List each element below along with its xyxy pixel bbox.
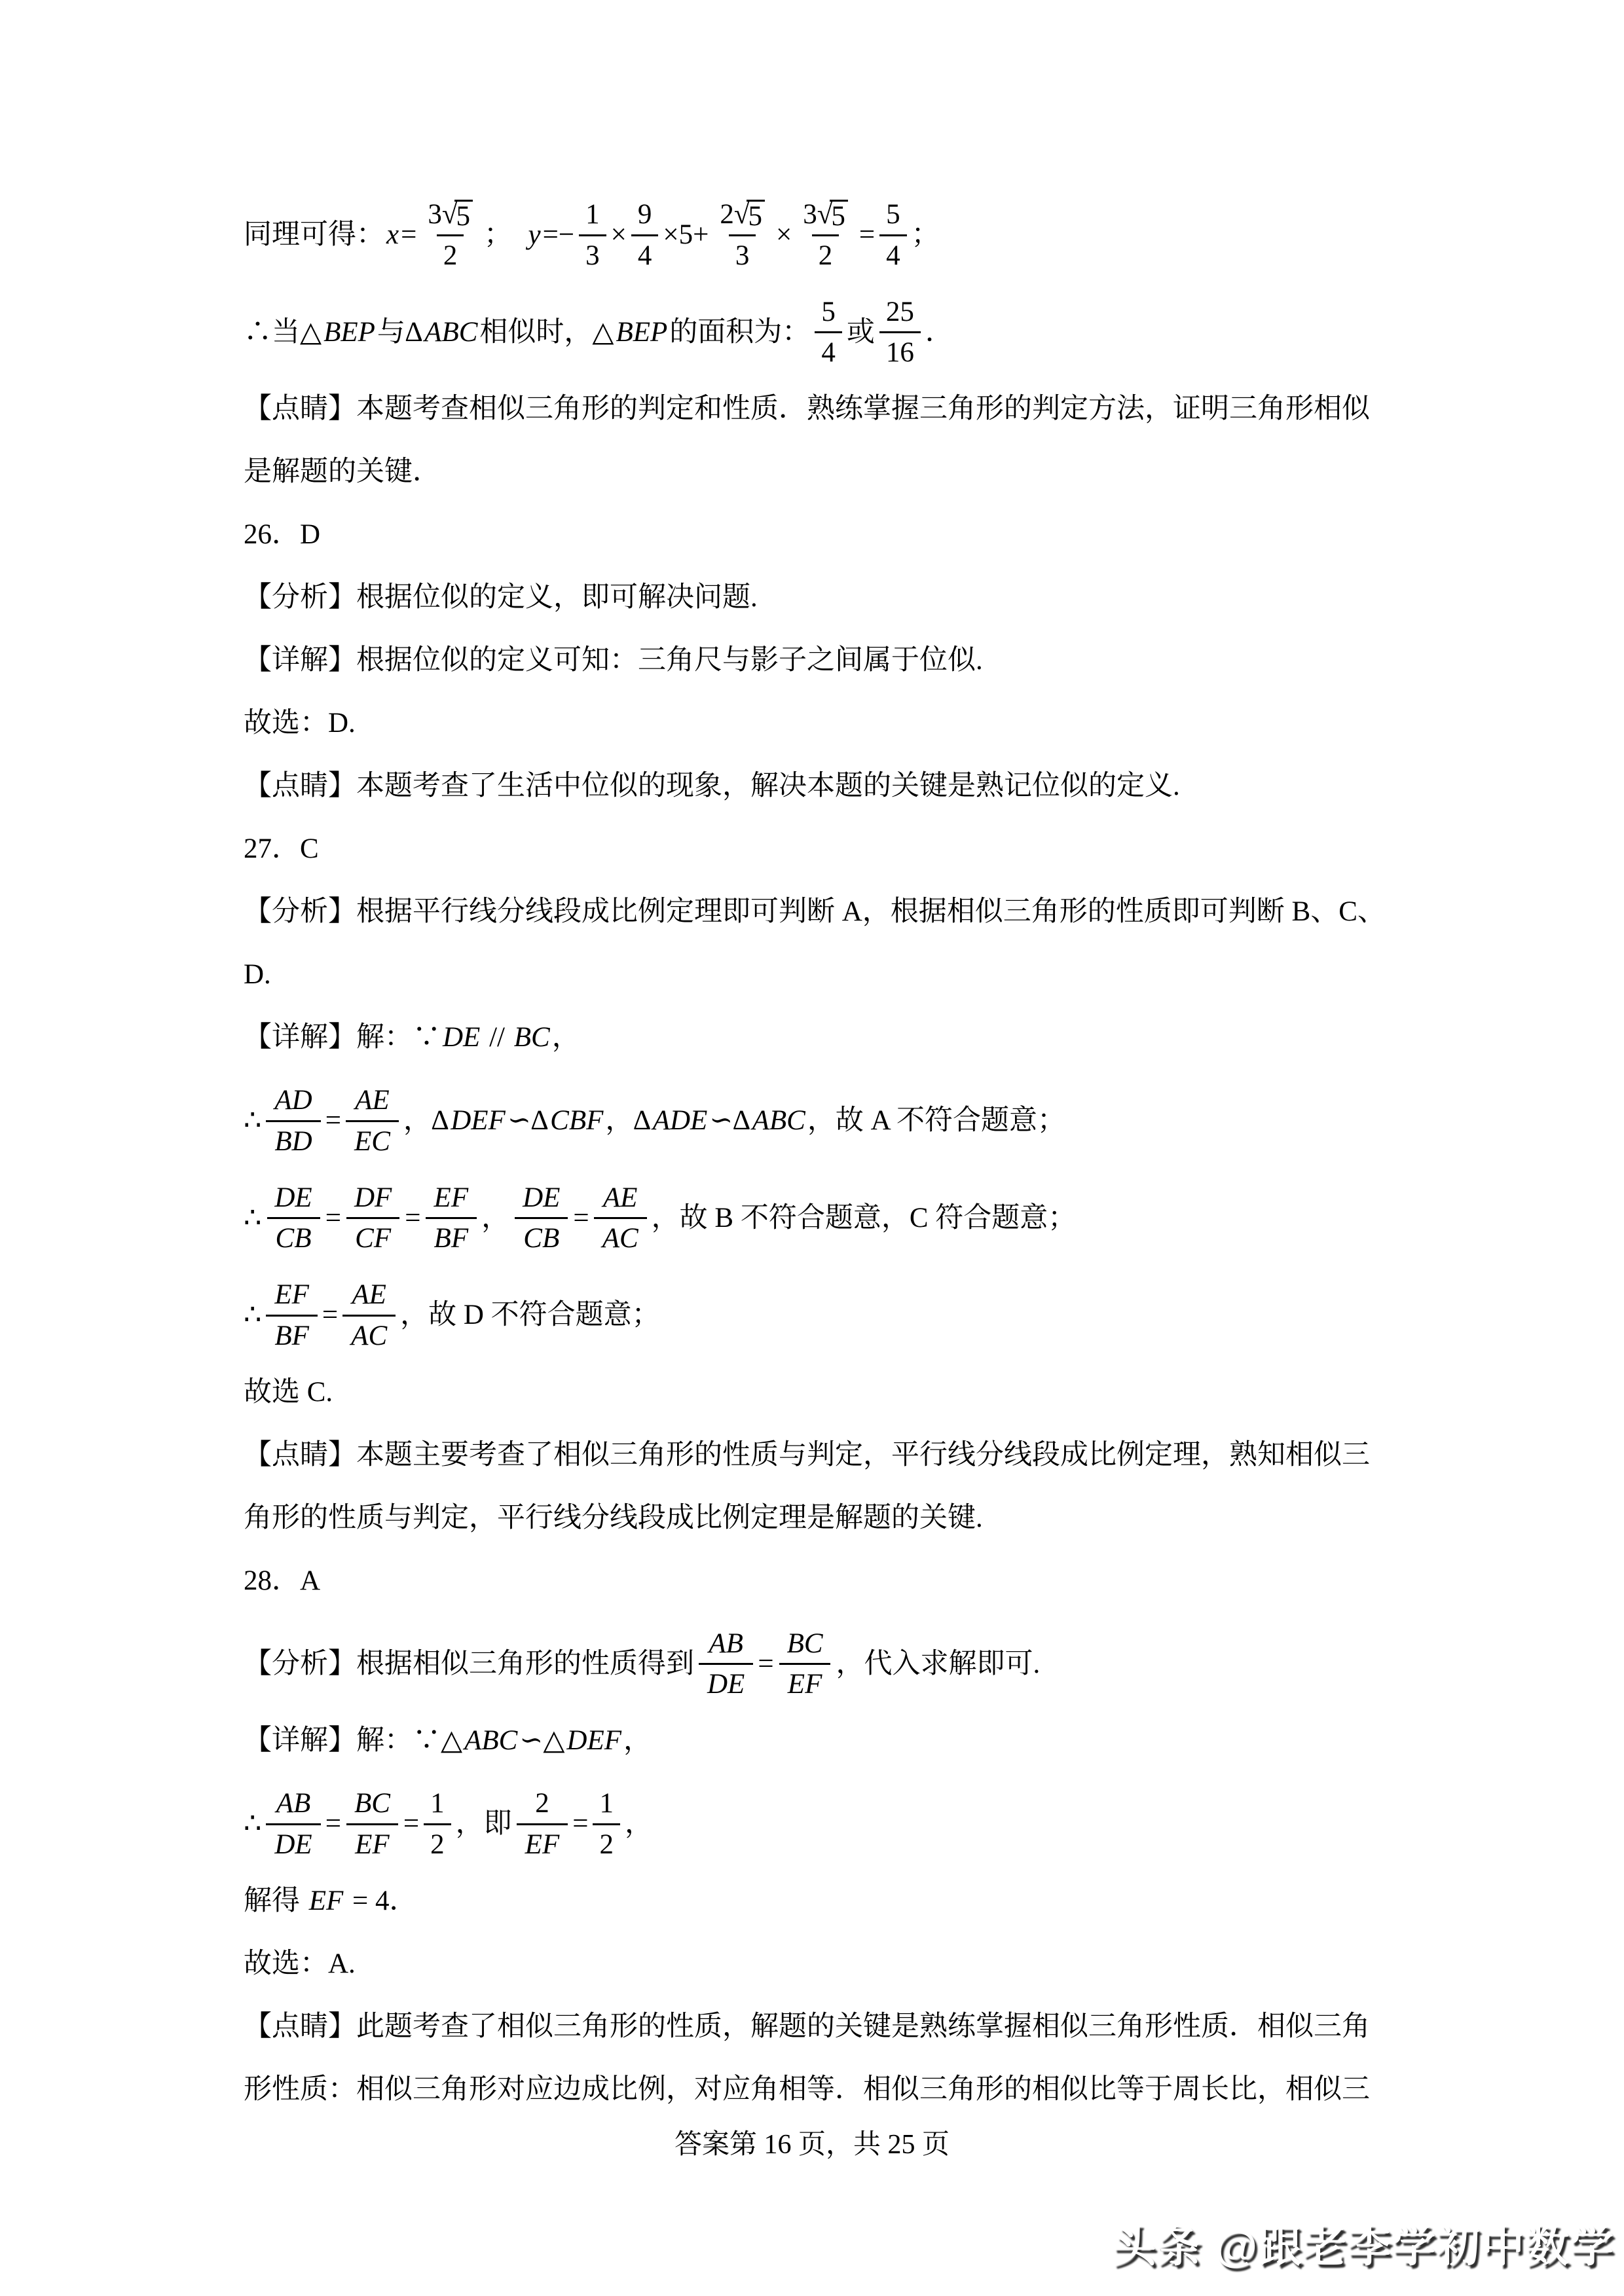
doc-line-16: ∴EFBF=AEAC，故 D 不符合题意； — [244, 1275, 1383, 1356]
math-var: EF — [523, 1827, 562, 1863]
fraction-denominator: 3 — [729, 234, 756, 276]
doc-line-13: 【详解】解：∵DE // BC， — [244, 1018, 1383, 1057]
math-var: BC — [512, 1022, 552, 1053]
math-var: DE — [441, 1022, 482, 1053]
math-var: CF — [353, 1221, 393, 1256]
fraction: 94 — [631, 195, 659, 276]
fraction-numerator: AE — [343, 1275, 395, 1315]
text-run: ∴ — [244, 1806, 261, 1842]
text-run: ∴ — [244, 1103, 261, 1139]
math-var: DE — [272, 1180, 314, 1216]
doc-line-26: 【点睛】此题考查了相似三角形的性质，解题的关键是熟练掌握相似三角形性质．相似三角 — [244, 2007, 1383, 2047]
fraction-numerator: 2√5 — [713, 195, 771, 234]
fraction: 2516 — [879, 293, 921, 373]
fraction-numerator: AD — [266, 1081, 320, 1120]
text-run: 4 — [638, 238, 652, 274]
math-var: AE — [601, 1180, 640, 1216]
math-var: DF — [352, 1180, 394, 1216]
fraction: 3√52 — [421, 195, 479, 276]
fraction-numerator: 3√5 — [796, 195, 855, 234]
doc-line-11: 【分析】根据平行线分线段成比例定理即可判断 A，根据相似三角形的性质即可判断 B… — [244, 892, 1383, 932]
fraction-denominator: DE — [699, 1663, 753, 1704]
text-run: = — [859, 217, 875, 253]
math-var: BF — [272, 1319, 311, 1354]
text-run: = — [325, 1806, 341, 1842]
lines-container: 同理可得：x=3√52； y=−13×94×5+2√53×3√52=54；∴当△… — [244, 191, 1383, 2133]
text-run: // — [482, 1022, 511, 1053]
math-var: EF — [307, 1886, 346, 1916]
text-run: 相似时，△ — [479, 315, 614, 350]
doc-line-27: 形性质：相似三角形对应边成比例，对应角相等．相似三角形的相似比等于周长比，相似三 — [244, 2070, 1383, 2109]
text-run: 形性质：相似三角形对应边成比例，对应角相等．相似三角形的相似比等于周长比，相似三 — [244, 2074, 1370, 2105]
doc-line-9: 【点睛】本题考查了生活中位似的现象，解决本题的关键是熟记位似的定义. — [244, 767, 1383, 806]
math-var: BEP — [322, 315, 377, 350]
fraction-numerator: DF — [346, 1178, 400, 1218]
doc-line-3: 【点睛】本题考查相似三角形的判定和性质．熟练掌握三角形的判定方法，证明三角形相似 — [244, 390, 1383, 429]
text-run: = 4． — [345, 1886, 417, 1916]
fraction-denominator: 2 — [593, 1823, 620, 1865]
text-run: 4 — [821, 335, 836, 371]
text-run: ，故 A 不符合题意； — [807, 1103, 1065, 1139]
math-var: DEF — [449, 1103, 507, 1139]
math-var: ABC — [422, 315, 479, 350]
fraction: ABDE — [699, 1624, 753, 1705]
text-run: = — [322, 1298, 338, 1333]
text-run: ； — [912, 217, 940, 253]
text-run: 9 — [638, 197, 652, 232]
fraction: AEAC — [594, 1178, 647, 1259]
fraction-numerator: 1 — [424, 1784, 451, 1823]
text-run: 5 — [821, 295, 836, 330]
doc-line-2: ∴当△BEP与∆ABC相似时，△BEP的面积为：54或2516． — [244, 293, 1383, 373]
text-run: ， — [623, 1725, 652, 1756]
text-run: 28．A — [244, 1565, 320, 1596]
doc-line-5: 26．D — [244, 515, 1383, 555]
fraction-denominator: 16 — [879, 331, 921, 373]
fraction: ADBD — [266, 1081, 320, 1161]
text-run: ∴ — [244, 1298, 261, 1333]
text-run: D. — [244, 959, 271, 990]
fraction-denominator: CB — [267, 1217, 320, 1258]
fraction-denominator: EC — [346, 1120, 399, 1161]
math-var: AC — [349, 1319, 389, 1354]
text-run: 【详解】解：∵ — [244, 1022, 441, 1053]
fraction: 54 — [879, 195, 907, 276]
fraction-denominator: CB — [515, 1217, 568, 1258]
text-run: 25 — [886, 295, 914, 330]
doc-line-6: 【分析】根据位似的定义，即可解决问题. — [244, 578, 1383, 617]
fraction-denominator: 3 — [579, 234, 606, 276]
text-run: 2 — [599, 1827, 614, 1863]
text-run: 【点睛】此题考查了相似三角形的性质，解题的关键是熟练掌握相似三角形性质．相似三角 — [244, 2011, 1370, 2042]
doc-line-8: 故选：D. — [244, 704, 1383, 743]
fraction-numerator: AE — [595, 1178, 646, 1218]
math-var: EF — [432, 1180, 471, 1216]
fraction-denominator: EF — [346, 1823, 398, 1865]
math-var: y — [526, 217, 542, 253]
text-run: 3 — [735, 238, 750, 274]
fraction: 54 — [815, 293, 842, 373]
doc-line-4: 是解题的关键． — [244, 452, 1383, 492]
text-run: ， — [552, 1022, 580, 1053]
fraction-denominator: 2 — [812, 234, 840, 276]
doc-line-7: 【详解】根据位似的定义可知：三角尺与影子之间属于位似. — [244, 641, 1383, 680]
math-var: AD — [272, 1083, 314, 1118]
text-run: ， — [625, 1806, 653, 1842]
text-run: 是解题的关键． — [244, 456, 441, 487]
fraction-numerator: BC — [779, 1624, 832, 1664]
watermark: 头条 @跟老李学初中数学 — [1113, 2212, 1615, 2274]
fraction-denominator: BF — [266, 1315, 318, 1356]
fraction-numerator: 9 — [631, 195, 659, 234]
sqrt-expression: √5 — [734, 200, 765, 231]
math-var: CB — [521, 1221, 561, 1256]
doc-line-15: ∴DECB=DFCF=EFBF，DECB=AEAC，故 B 不符合题意，C 符合… — [244, 1178, 1383, 1259]
math-var: BC — [785, 1626, 825, 1662]
page-footer: 答案第 16 页，共 25 页 — [0, 2123, 1624, 2162]
fraction: AEAC — [342, 1275, 396, 1356]
math-var: DE — [272, 1827, 314, 1863]
text-run: =− — [543, 217, 575, 253]
math-var: EF — [786, 1667, 824, 1702]
math-var: DEF — [564, 1725, 623, 1756]
text-run: ∽∆ — [507, 1103, 548, 1139]
math-var: AE — [350, 1277, 388, 1313]
sqrt-expression: √5 — [817, 200, 848, 231]
text-run: 与∆ — [377, 315, 422, 350]
fraction-denominator: 2 — [437, 234, 464, 276]
text-run: 2 — [819, 238, 833, 274]
doc-line-14: ∴ADBD=AEEC，∆DEF∽∆CBF，∆ADE∽∆ABC，故 A 不符合题意… — [244, 1081, 1383, 1161]
text-run: 3 — [803, 197, 817, 232]
doc-line-12: D. — [244, 955, 1383, 994]
text-run: = — [325, 1103, 341, 1139]
text-run: ． — [925, 315, 953, 350]
text-run: = — [572, 1806, 588, 1842]
text-run: 同理可得： — [244, 217, 384, 253]
math-var: CB — [274, 1221, 314, 1256]
math-var: AE — [353, 1083, 392, 1118]
text-run: 2 — [535, 1786, 549, 1821]
fraction-denominator: EF — [779, 1663, 831, 1704]
text-run: 【点睛】本题考查相似三角形的判定和性质．熟练掌握三角形的判定方法，证明三角形相似 — [244, 393, 1370, 424]
text-run: 的面积为： — [669, 315, 810, 350]
text-run: × — [776, 217, 792, 253]
text-run: = — [405, 1201, 420, 1236]
fraction: DECB — [514, 1178, 568, 1259]
fraction-numerator: DE — [266, 1178, 320, 1218]
doc-line-25: 故选：A. — [244, 1944, 1383, 1984]
fraction-numerator: 1 — [593, 1784, 620, 1823]
text-run: 1 — [585, 197, 600, 232]
doc-line-1: 同理可得：x=3√52； y=−13×94×5+2√53×3√52=54； — [244, 195, 1383, 276]
fraction-denominator: EF — [517, 1823, 568, 1865]
fraction-denominator: 4 — [631, 234, 659, 276]
text-run: = — [573, 1201, 589, 1236]
text-run: ∴当△ — [244, 315, 322, 350]
fraction-denominator: BF — [426, 1217, 477, 1258]
text-run: 3 — [428, 197, 442, 232]
fraction-denominator: AC — [594, 1217, 647, 1258]
doc-line-20: 28．A — [244, 1561, 1383, 1601]
text-run: 16 — [886, 335, 914, 371]
fraction: AEEC — [346, 1081, 399, 1161]
fraction: DFCF — [346, 1178, 400, 1259]
document-page: 同理可得：x=3√52； y=−13×94×5+2√53×3√52=54；∴当△… — [0, 0, 1624, 2296]
text-run: 【分析】根据相似三角形的性质得到 — [244, 1647, 694, 1682]
radicand: 5 — [454, 200, 473, 231]
fraction-denominator: AC — [342, 1315, 396, 1356]
fraction: 12 — [424, 1784, 451, 1865]
fraction-numerator: 5 — [815, 293, 842, 332]
fraction-denominator: 2 — [424, 1823, 451, 1865]
doc-line-18: 【点睛】本题主要考查了相似三角形的性质与判定，平行线分线段成比例定理，熟知相似三 — [244, 1436, 1383, 1475]
text-run: 5 — [886, 197, 900, 232]
math-var: DE — [705, 1667, 747, 1702]
text-run: ，∆ — [605, 1103, 650, 1139]
text-run: ×5+ — [663, 217, 709, 253]
text-run: 27．C — [244, 833, 319, 864]
doc-line-21: 【分析】根据相似三角形的性质得到ABDE=BCEF，代入求解即可. — [244, 1624, 1383, 1705]
math-var: BD — [272, 1124, 314, 1159]
sqrt-expression: √5 — [442, 200, 473, 231]
text-run: 【详解】解：∵△ — [244, 1725, 462, 1756]
text-run: 或 — [847, 315, 875, 350]
math-var: BC — [352, 1786, 392, 1821]
doc-line-22: 【详解】解：∵△ABC∽△DEF， — [244, 1721, 1383, 1760]
fraction-denominator: CF — [346, 1217, 399, 1258]
math-var: ABC — [750, 1103, 807, 1139]
fraction-numerator: 3√5 — [421, 195, 479, 234]
fraction-numerator: AB — [268, 1784, 320, 1823]
text-run: 角形的性质与判定，平行线分线段成比例定理是解题的关键. — [244, 1503, 983, 1533]
fraction: EFBF — [426, 1178, 477, 1259]
text-run: 4 — [886, 238, 900, 274]
fraction-numerator: 2 — [528, 1784, 556, 1823]
doc-line-17: 故选 C. — [244, 1373, 1383, 1412]
text-run: 故选：D. — [244, 708, 356, 738]
text-run: ，故 D 不符合题意； — [400, 1298, 660, 1333]
text-run: ，∆ — [403, 1103, 449, 1139]
doc-line-23: ∴ABDE=BCEF=12，即2EF=12， — [244, 1784, 1383, 1865]
fraction-denominator: BD — [266, 1120, 320, 1161]
text-run: = — [758, 1647, 773, 1682]
math-var: DE — [521, 1180, 562, 1216]
math-var: ADE — [651, 1103, 710, 1139]
fraction: BCEF — [779, 1624, 832, 1705]
fraction-numerator: EF — [266, 1275, 318, 1315]
text-run: 解得 — [244, 1886, 307, 1916]
text-run: = — [325, 1201, 341, 1236]
math-var: AB — [707, 1626, 745, 1662]
text-run: ，故 B 不符合题意，C 符合题意； — [652, 1201, 1077, 1236]
fraction: 13 — [579, 195, 606, 276]
math-var: ABC — [462, 1725, 519, 1756]
fraction-numerator: AE — [346, 1081, 398, 1120]
fraction-denominator: 4 — [815, 331, 842, 373]
fraction-numerator: DE — [514, 1178, 568, 1218]
text-run: 2 — [430, 1827, 445, 1863]
text-run: 故选：A. — [244, 1948, 356, 1979]
radicand: 5 — [830, 200, 848, 231]
math-var: AB — [274, 1786, 313, 1821]
doc-line-19: 角形的性质与判定，平行线分线段成比例定理是解题的关键. — [244, 1499, 1383, 1538]
fraction: BCEF — [346, 1784, 399, 1865]
text-run: ∽∆ — [709, 1103, 750, 1139]
fraction: 3√52 — [796, 195, 855, 276]
math-var: BEP — [614, 315, 670, 350]
text-run: ∴ — [244, 1201, 261, 1236]
text-run: ，即 — [456, 1806, 512, 1842]
text-run: 【分析】根据平行线分线段成比例定理即可判断 A，根据相似三角形的性质即可判断 B… — [244, 896, 1386, 927]
text-run: 1 — [599, 1786, 614, 1821]
text-run: 26．D — [244, 519, 320, 550]
math-var: EF — [272, 1277, 311, 1313]
fraction-numerator: 25 — [879, 293, 921, 332]
text-run: 【分析】根据位似的定义，即可解决问题. — [244, 582, 758, 613]
fraction: 12 — [593, 1784, 620, 1865]
fraction: 2EF — [517, 1784, 568, 1865]
fraction-numerator: 1 — [579, 195, 606, 234]
text-run: 2 — [443, 238, 458, 274]
fraction: ABDE — [266, 1784, 320, 1865]
text-run: 3 — [585, 238, 600, 274]
fraction-denominator: 4 — [879, 234, 907, 276]
math-var: x — [384, 217, 401, 253]
text-run: ，代入求解即可. — [836, 1647, 1041, 1682]
text-run: 故选 C. — [244, 1377, 333, 1408]
math-var: CBF — [548, 1103, 605, 1139]
fraction-denominator: DE — [266, 1823, 320, 1865]
fraction-numerator: BC — [346, 1784, 399, 1823]
math-var: EF — [353, 1827, 392, 1863]
fraction-numerator: 5 — [879, 195, 907, 234]
math-var: BF — [432, 1221, 471, 1256]
radicand: 5 — [747, 200, 765, 231]
text-run: ， — [481, 1201, 509, 1236]
text-run: 2 — [720, 197, 734, 232]
fraction-numerator: EF — [426, 1178, 477, 1218]
fraction: EFBF — [266, 1275, 318, 1356]
fraction: 2√53 — [713, 195, 771, 276]
text-run: 【点睛】本题主要考查了相似三角形的性质与判定，平行线分线段成比例定理，熟知相似三 — [244, 1440, 1370, 1470]
fraction: DECB — [266, 1178, 320, 1259]
fraction-numerator: AB — [700, 1624, 752, 1664]
text-run: = — [401, 217, 416, 253]
text-run: ∽△ — [519, 1725, 564, 1756]
text-run: 【点睛】本题考查了生活中位似的现象，解决本题的关键是熟记位似的定义. — [244, 771, 1180, 801]
doc-line-10: 27．C — [244, 829, 1383, 869]
text-run: ； — [484, 217, 526, 253]
text-run: 1 — [430, 1786, 445, 1821]
text-run: 【详解】根据位似的定义可知：三角尺与影子之间属于位似. — [244, 645, 983, 676]
doc-line-24: 解得 EF = 4． — [244, 1882, 1383, 1921]
text-run: = — [403, 1806, 419, 1842]
text-run: × — [611, 217, 627, 253]
math-var: EC — [352, 1124, 392, 1159]
math-var: AC — [600, 1221, 640, 1256]
